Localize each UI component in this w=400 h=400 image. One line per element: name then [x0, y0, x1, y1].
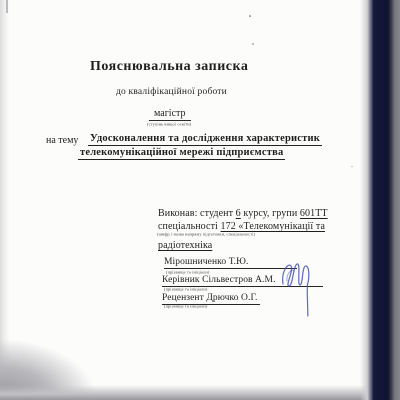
- page-title: Пояснювальна записка: [90, 59, 248, 75]
- specialty-code-name: 172 «Телекомунікації та: [221, 221, 326, 232]
- student-name-line: Мірошниченко Т.Ю.: [164, 257, 297, 269]
- scan-speck: [252, 43, 254, 45]
- work-type-subtitle: до кваліфікаційної роботи: [116, 87, 227, 97]
- topic-line-2: телекомунікаційної мережі підприємства: [78, 147, 285, 160]
- group-number: 601ТТ: [300, 208, 328, 219]
- supervisor-name-caption: (прізвище та ініціали): [164, 287, 207, 292]
- executor-line: Виконав: студент 6 курсу, групи 601ТТ: [158, 208, 328, 219]
- topic-line-1: Удосконалення та дослідження характерист…: [88, 133, 322, 146]
- specialty-line: спеціальності 172 «Телекомунікації та: [158, 221, 325, 232]
- executor-text-mid: курсу, групи: [241, 208, 300, 219]
- degree-caption: (ступінь вищої освіти): [147, 122, 191, 127]
- scan-edge-mark: [6, 0, 8, 13]
- specialty-line-2: радіотехніка: [158, 240, 212, 251]
- scan-speck: [249, 15, 251, 17]
- degree-value: магістр: [149, 108, 191, 121]
- topic-label: на тему: [46, 135, 78, 146]
- scan-bottom-edge: [0, 385, 400, 400]
- executor-text-pre: Виконав: студент: [158, 208, 236, 219]
- student-name-caption: (прізвище та ініціали): [166, 270, 209, 275]
- specialty-caption: (шифр і назва напряму підготовки, спеціа…: [157, 232, 255, 237]
- scan-speck: [351, 166, 353, 167]
- specialty-name-continued: радіотехніка: [158, 240, 212, 251]
- reviewer-name-line: Рецензент Дрючко О.Г.: [162, 293, 260, 305]
- specialty-text-pre: спеціальності: [158, 221, 221, 232]
- scanned-title-page: Пояснювальна записка до кваліфікаційної …: [0, 0, 400, 400]
- book-binding-edge: [360, 0, 400, 400]
- handwritten-signature-icon: [279, 259, 315, 319]
- reviewer-name-caption: (прізвище та ініціали): [164, 304, 207, 309]
